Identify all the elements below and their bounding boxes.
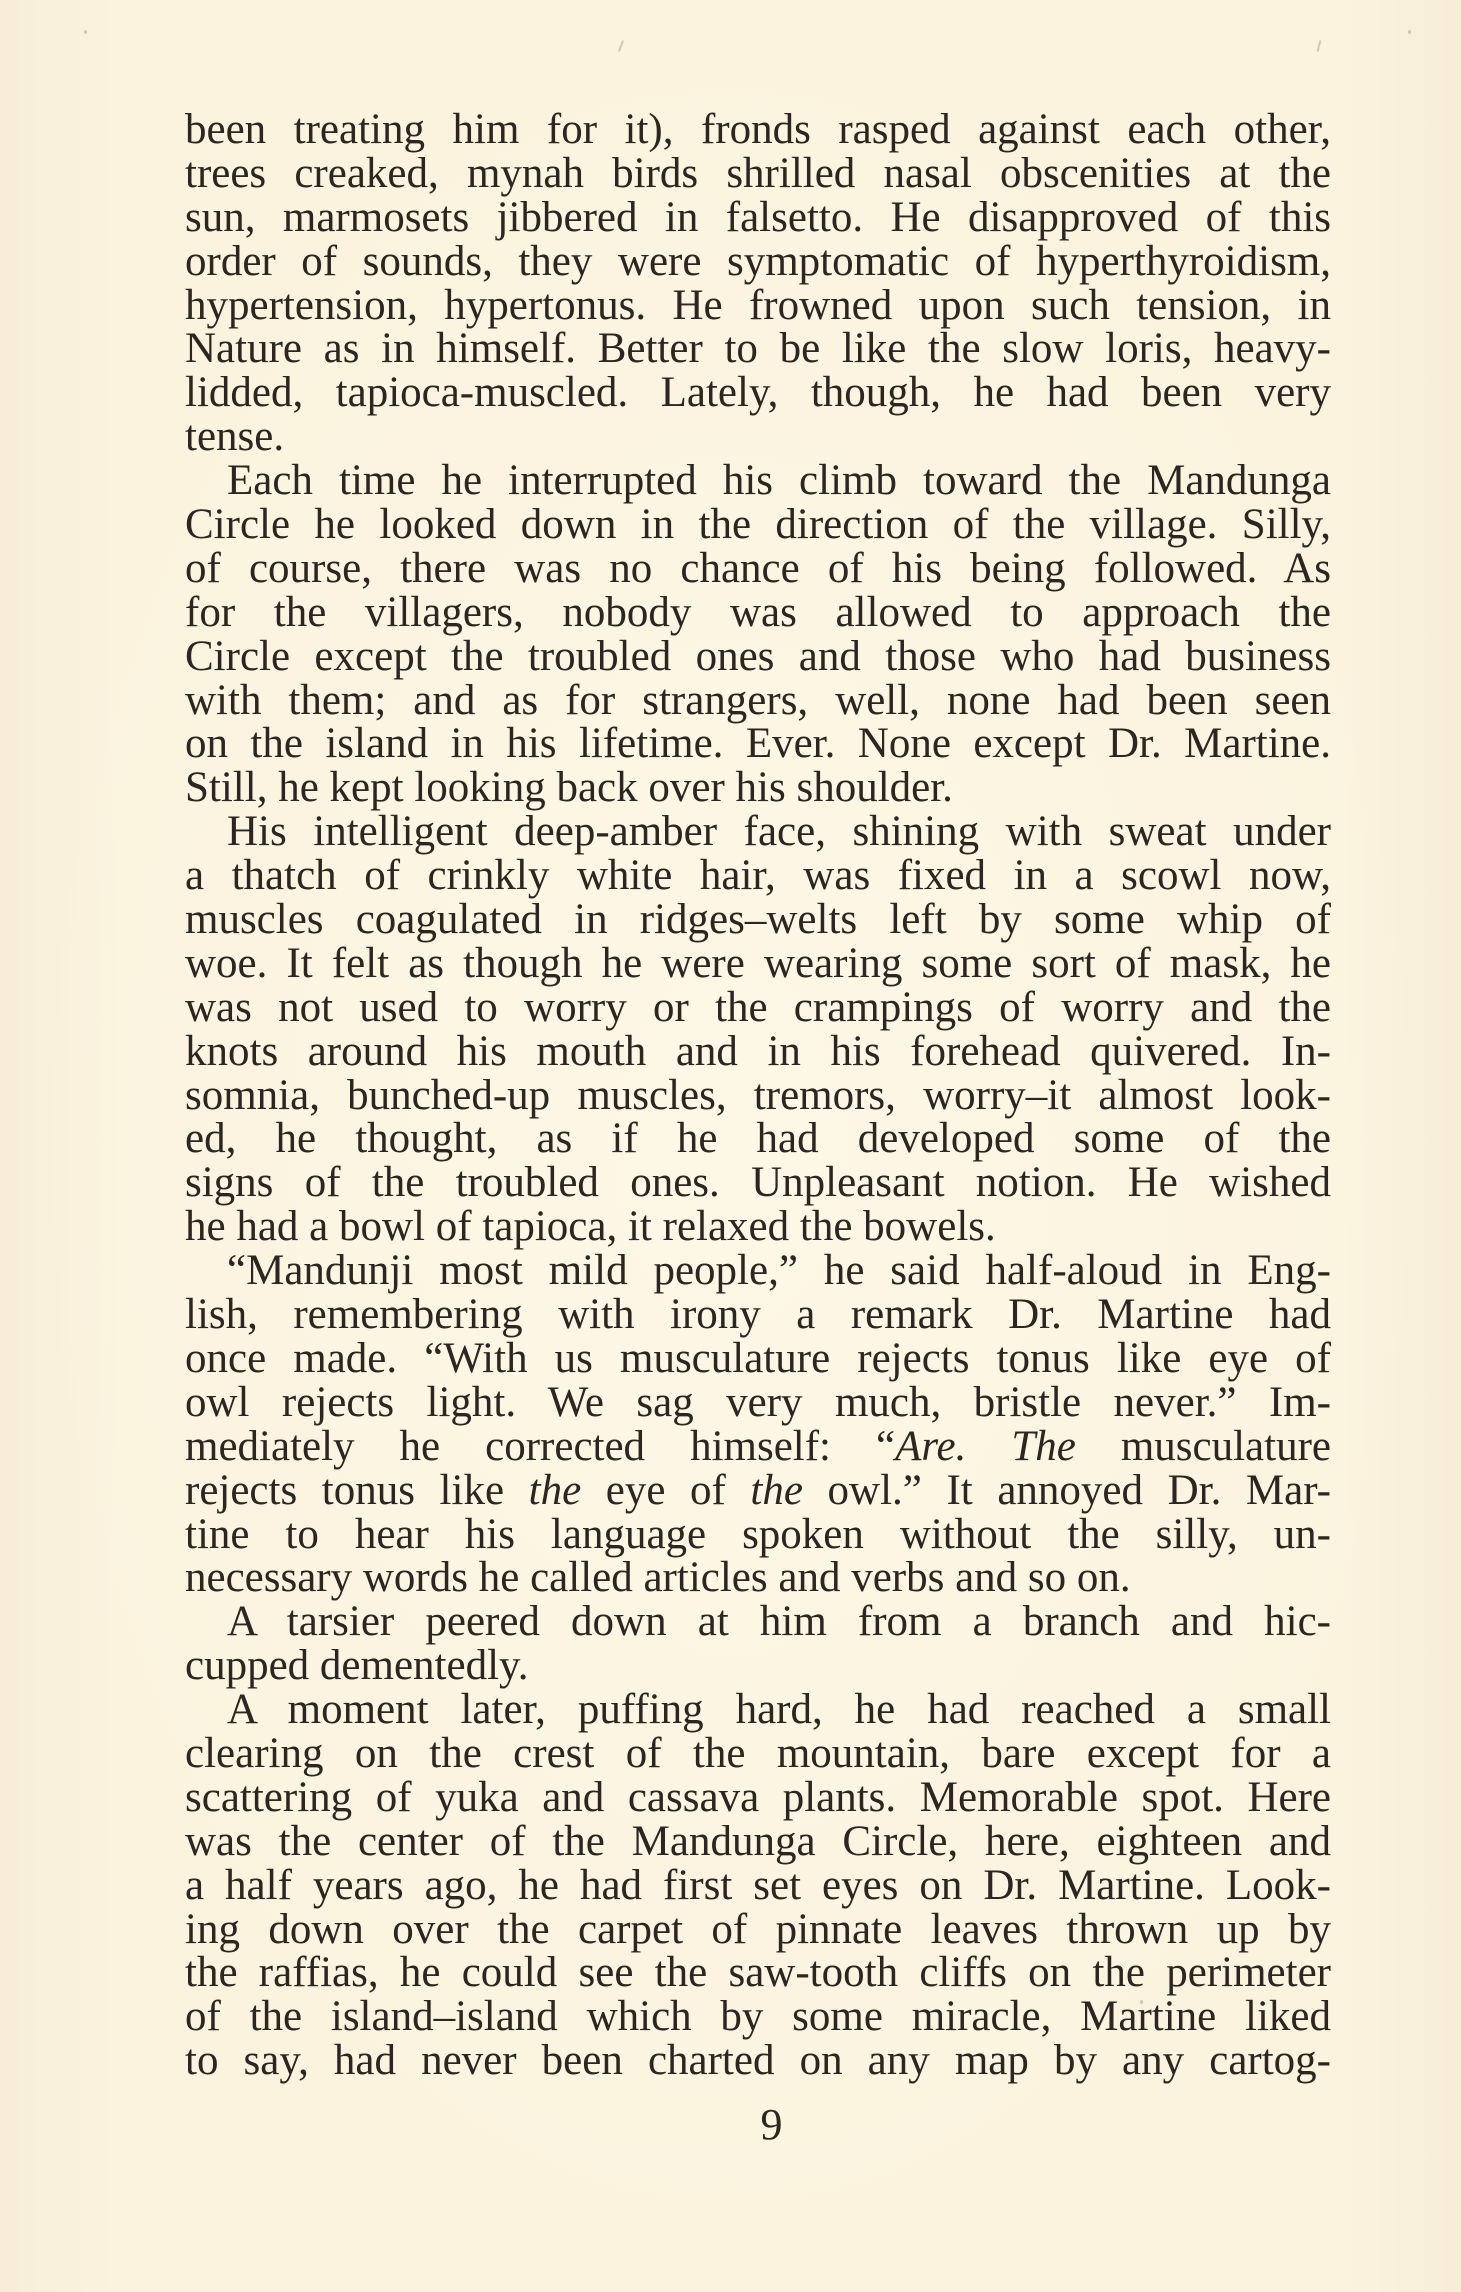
text-line: to say, had never been charted on any ma…	[185, 2039, 1331, 2083]
text-segment: mediately he corrected himself: “	[185, 1423, 895, 1470]
text-line: was not used to worry or the crampings o…	[185, 986, 1331, 1030]
text-line: woe. It felt as though he were wearing s…	[185, 942, 1331, 986]
text-line: once made. “With us musculature rejects …	[185, 1337, 1331, 1381]
text-line: he had a bowl of tapioca, it relaxed the…	[185, 1205, 1331, 1249]
text-line: owl rejects light. We sag very much, bri…	[185, 1381, 1331, 1425]
paragraph: been treating him for it), fronds rasped…	[185, 108, 1331, 459]
text-line: hypertension, hypertonus. He frowned upo…	[185, 284, 1331, 328]
paragraph: A tarsier peered down at him from a bran…	[185, 1600, 1331, 1688]
text-line: ing down over the carpet of pinnate leav…	[185, 1908, 1331, 1952]
text-segment: owl.” It annoyed Dr. Mar-	[803, 1467, 1331, 1514]
text-line: A tarsier peered down at him from a bran…	[185, 1600, 1331, 1644]
text-line: a thatch of crinkly white hair, was fixe…	[185, 854, 1331, 898]
text-line: tense.	[185, 415, 1331, 459]
text-line: been treating him for it), fronds rasped…	[185, 108, 1331, 152]
text-line: necessary words he called articles and v…	[185, 1556, 1331, 1600]
page-number: 9	[0, 2100, 1461, 2150]
text-line: order of sounds, they were symptomatic o…	[185, 240, 1331, 284]
paragraph: His intelligent deep-amber face, shining…	[185, 810, 1331, 1249]
text-line: knots around his mouth and in his forehe…	[185, 1030, 1331, 1074]
text-line: sun, marmosets jibbered in falsetto. He …	[185, 196, 1331, 240]
text-line: Circle except the troubled ones and thos…	[185, 635, 1331, 679]
text-line: scattering of yuka and cassava plants. M…	[185, 1776, 1331, 1820]
text-line: somnia, bunched-up muscles, tremors, wor…	[185, 1074, 1331, 1118]
text-line: Circle he looked down in the direction o…	[185, 503, 1331, 547]
italic-segment: The	[1011, 1423, 1076, 1470]
paragraph: A moment later, puffing hard, he had rea…	[185, 1688, 1331, 2083]
body-text: been treating him for it), fronds rasped…	[185, 108, 1331, 2083]
text-line: on the island in his lifetime. Ever. Non…	[185, 722, 1331, 766]
text-line: tine to hear his language spoken without…	[185, 1513, 1331, 1557]
text-line: was the center of the Mandunga Circle, h…	[185, 1820, 1331, 1864]
italic-segment: Are.	[895, 1423, 966, 1470]
text-line: signs of the troubled ones. Unpleasant n…	[185, 1161, 1331, 1205]
italic-segment: the	[750, 1467, 803, 1514]
text-line-with-italics: mediately he corrected himself: “Are. Th…	[185, 1425, 1331, 1469]
text-segment	[966, 1423, 1011, 1470]
text-line: Nature as in himself. Better to be like …	[185, 327, 1331, 371]
text-line-with-italics: rejects tonus like the eye of the owl.” …	[185, 1469, 1331, 1513]
text-line: with them; and as for strangers, well, n…	[185, 679, 1331, 723]
text-segment: musculature	[1076, 1423, 1331, 1470]
text-line: for the villagers, nobody was allowed to…	[185, 591, 1331, 635]
paragraph: Each time he interrupted his climb towar…	[185, 459, 1331, 810]
text-line: ed, he thought, as if he had developed s…	[185, 1117, 1331, 1161]
text-line: a half years ago, he had first set eyes …	[185, 1864, 1331, 1908]
text-line: Still, he kept looking back over his sho…	[185, 766, 1331, 810]
paper-speck	[84, 30, 87, 34]
text-line: “Mandunji most mild people,” he said hal…	[185, 1249, 1331, 1293]
text-line: of course, there was no chance of his be…	[185, 547, 1331, 591]
text-line: lish, remembering with irony a remark Dr…	[185, 1293, 1331, 1337]
text-segment: eye of	[581, 1467, 750, 1514]
italic-segment: the	[529, 1467, 582, 1514]
paragraph: “Mandunji most mild people,” he said hal…	[185, 1249, 1331, 1600]
paper-speck	[1408, 30, 1411, 34]
text-line: His intelligent deep-amber face, shining…	[185, 810, 1331, 854]
text-line: the raffias, he could see the saw-tooth …	[185, 1951, 1331, 1995]
text-line: lidded, tapioca-muscled. Lately, though,…	[185, 371, 1331, 415]
text-line: muscles coagulated in ridges–welts left …	[185, 898, 1331, 942]
text-line: of the island–island which by some mirac…	[185, 1995, 1331, 2039]
text-line: trees creaked, mynah birds shrilled nasa…	[185, 152, 1331, 196]
text-line: cupped dementedly.	[185, 1644, 1331, 1688]
text-segment: rejects tonus like	[185, 1467, 529, 1514]
text-line: Each time he interrupted his climb towar…	[185, 459, 1331, 503]
text-line: clearing on the crest of the mountain, b…	[185, 1732, 1331, 1776]
text-line: A moment later, puffing hard, he had rea…	[185, 1688, 1331, 1732]
